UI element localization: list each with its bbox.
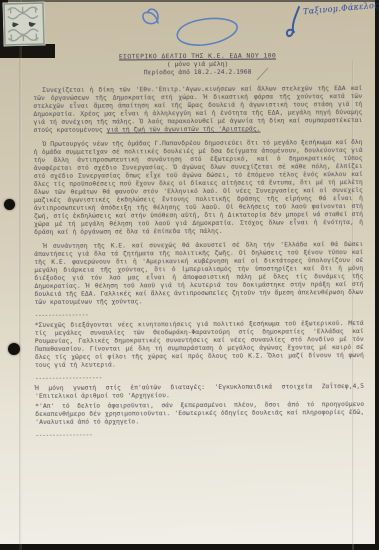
pen-checkmark — [283, 5, 305, 45]
footnote-separator-2: -------------------- — [35, 372, 364, 382]
hole-punch-top — [4, 199, 15, 210]
footnote-separator-1: ---------------- — [35, 309, 364, 319]
pen-doodle — [130, 0, 250, 59]
footnote-2: Ἡ μόνη γνωστή στίς ἐπ'αὐτῶν διαταγές: 'Ε… — [35, 382, 364, 400]
checkmark-icon — [283, 5, 305, 41]
handwritten-note: Ταξινομ.Φάκελος — [303, 1, 379, 17]
body-paragraph-1: Συνεχίζεται ἡ δίκη τῶν 'Εθν.'Επιτρ.'Αγων… — [33, 84, 362, 134]
paper-crease-left — [19, 0, 22, 550]
paragraph-1-underlined-text: γιά τή ζωή τῶν ἀγωνιστῶν τῆς 'Αριστερᾶς. — [107, 125, 261, 134]
scan-edge-right — [375, 0, 379, 550]
body-paragraph-3: Ἡ συνάντηση τῆς Κ.Ε. καί συνεχῶς θά ἀκου… — [34, 240, 363, 306]
bulletin-header: ΕΣΩΤΕΡΙΚΟ ΔΕΛΤΙΟ ΤΗΣ Κ.Ε. ΕΔΑ ΝΟΥ 100 ( … — [33, 51, 362, 77]
bulletin-date-line: Περίοδος ἀπό 18.2.-24.2.1968 — [33, 67, 362, 77]
body-paragraph-2: Ὁ Πρωτουργός νέων τῆς ὁμάδας Γ.Παπανδρέο… — [34, 138, 364, 236]
footnote-separator-3: ----------------- — [35, 429, 364, 439]
archive-stamp-icon — [2, 1, 45, 46]
footnote-1: *Συνεχῶς διεξάγονται νέες κινητοποιήσεις… — [35, 319, 364, 369]
hole-punch-bottom — [8, 343, 20, 355]
pen-scribble-icon — [130, 0, 250, 55]
scanned-page: Ταξινομ.Φάκελος ΕΣΩΤΕΡΙΚΟ ΔΕΛΤΙΟ ΤΗΣ Κ.Ε… — [0, 0, 379, 550]
footnote-3: *'Απ' τό δελτίο ἀφαιροῦνται, σάν ξεπερασ… — [35, 400, 364, 426]
archive-stamp — [2, 1, 45, 46]
scan-edge-bottom — [0, 544, 379, 550]
typewritten-content: ΕΣΩΤΕΡΙΚΟ ΔΕΛΤΙΟ ΤΗΣ Κ.Ε. ΕΔΑ ΝΟΥ 100 ( … — [33, 51, 364, 439]
